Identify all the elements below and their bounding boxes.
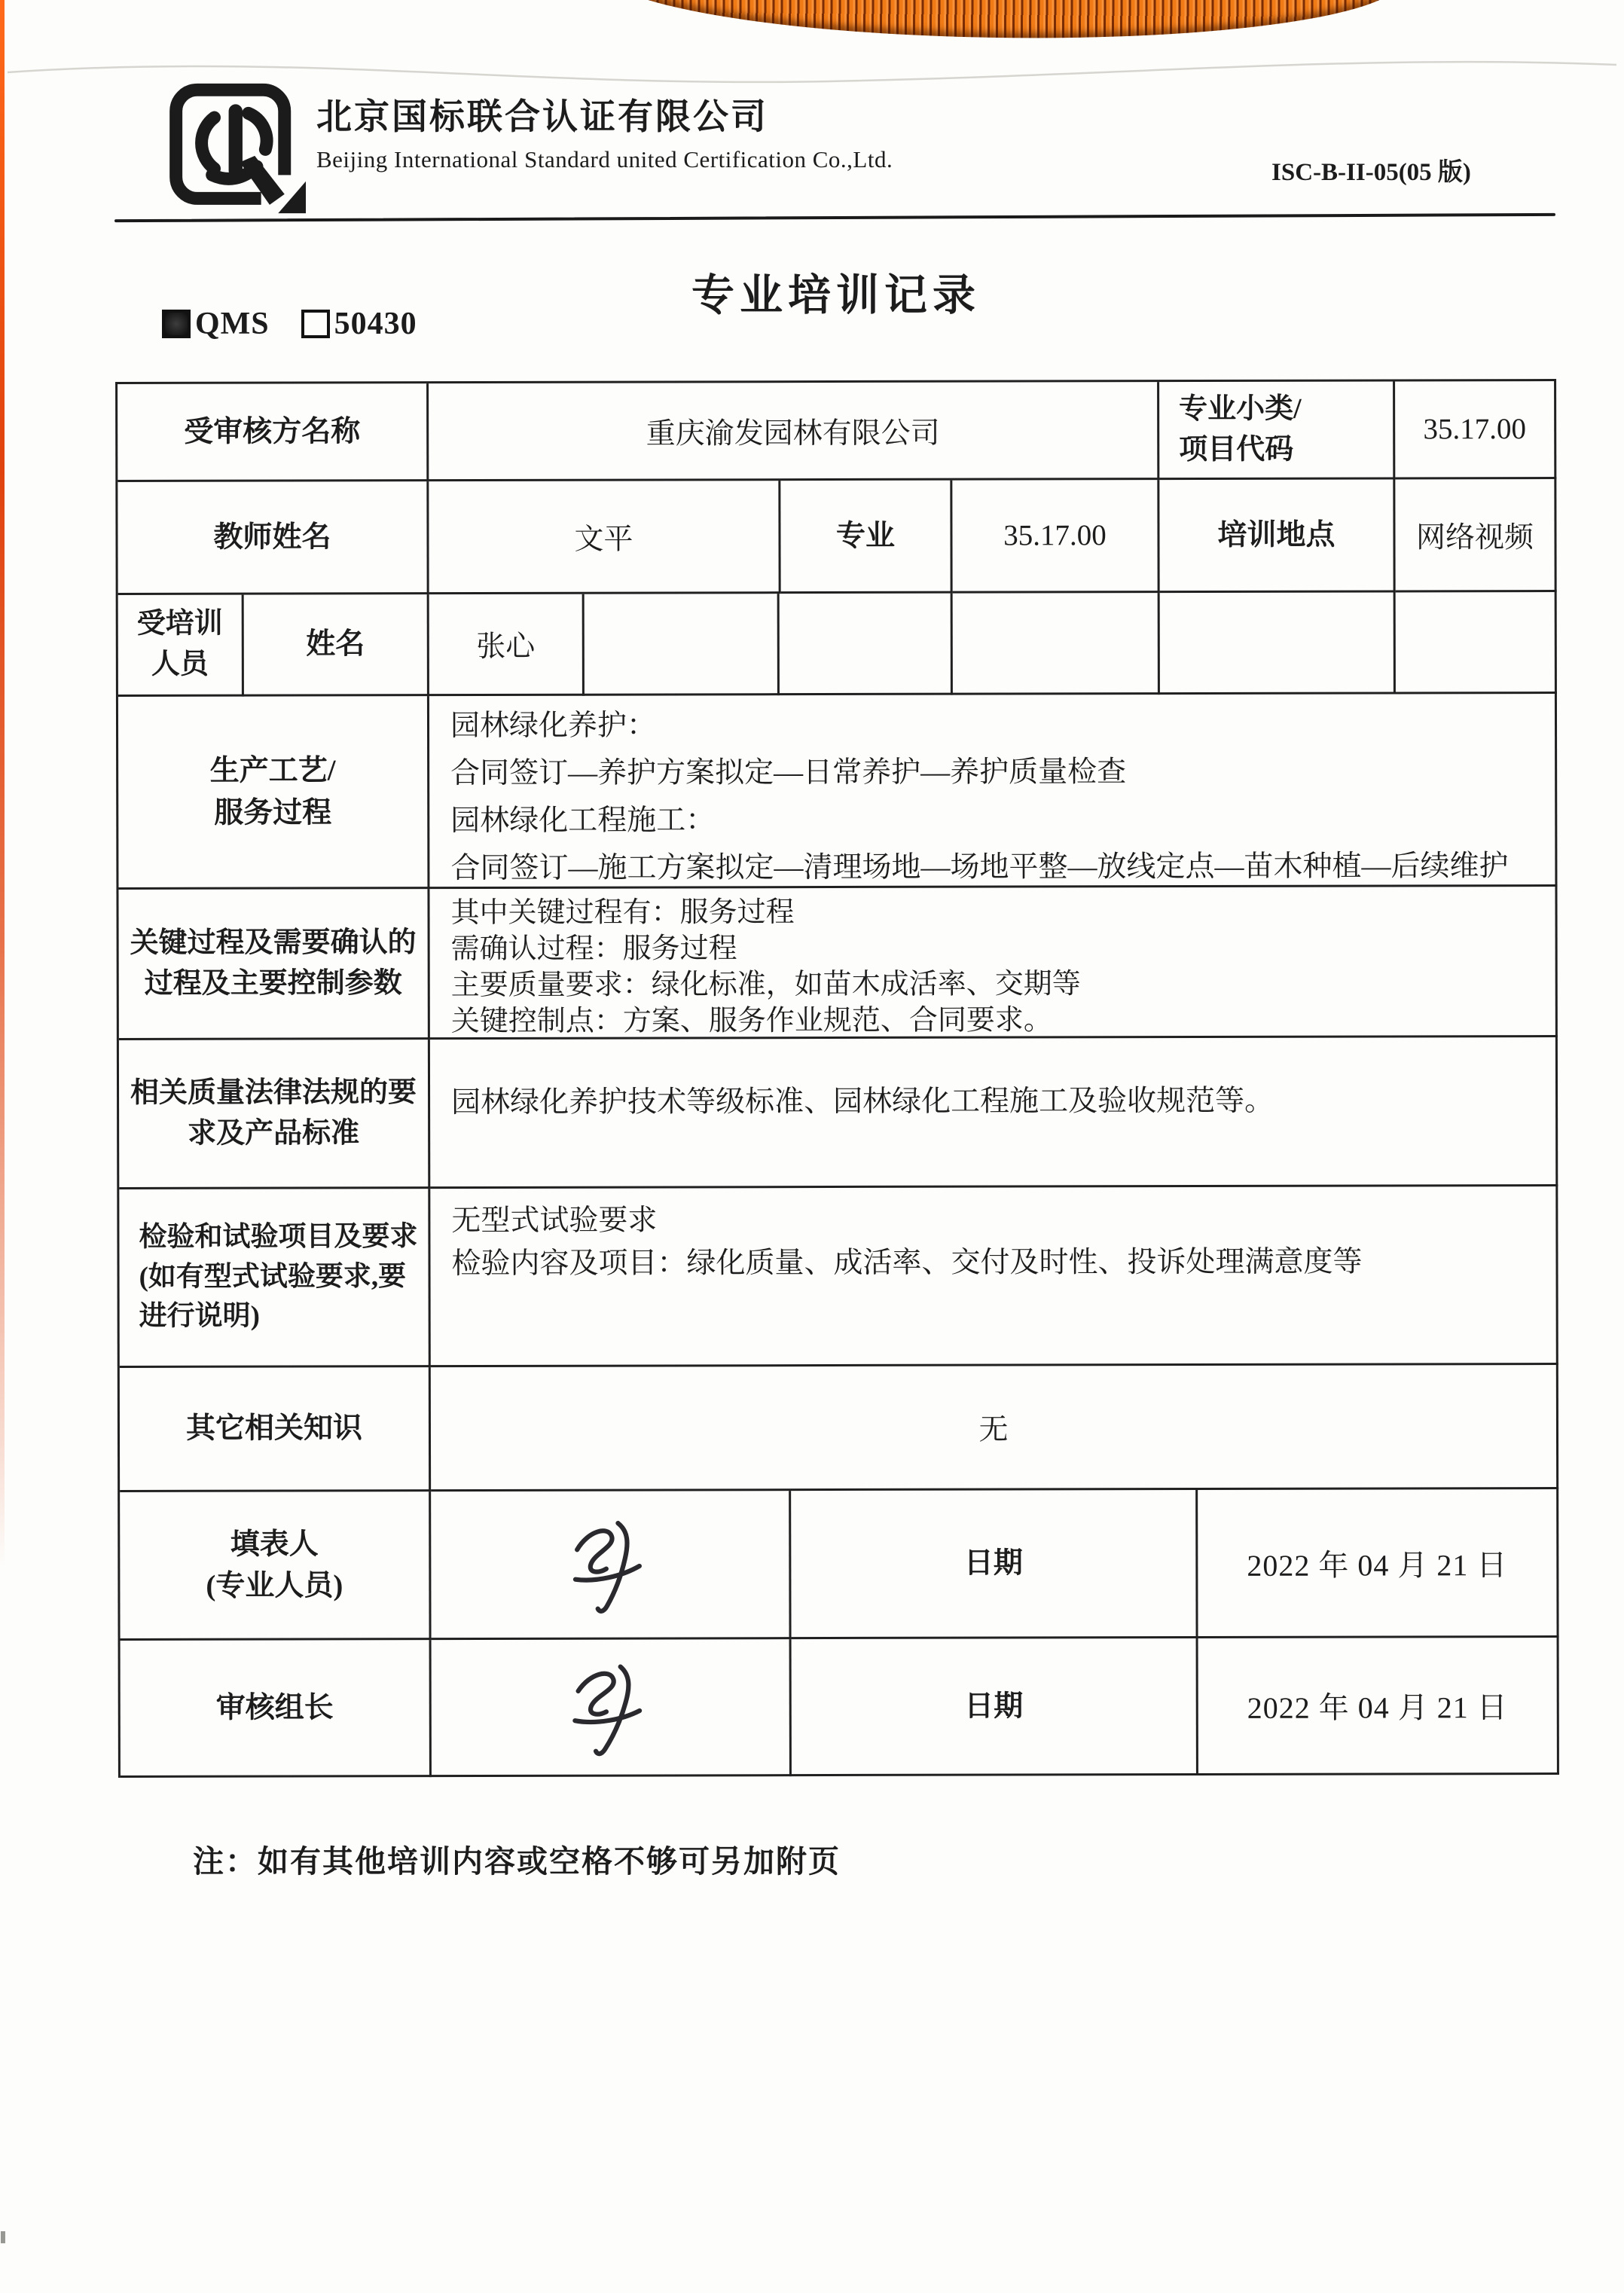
header-divider bbox=[114, 213, 1555, 222]
process-content: 园林绿化养护： 合同签订—养护方案拟定—日常养护—养护质量检查 园林绿化工程施工… bbox=[429, 694, 1558, 889]
table-row-inspection: 检验和试验项目及要求 (如有型式试验要求,要 进行说明) 无型式试验要求 检验内… bbox=[119, 1186, 1558, 1368]
certification-company-logo-icon bbox=[167, 81, 310, 219]
scan-speck bbox=[1, 2231, 5, 2243]
table-row-trainees: 受培训 人员 姓名 张心 bbox=[118, 592, 1557, 697]
regulations-content: 园林绿化养护技术等级标准、园林绿化工程施工及验收规范等。 bbox=[430, 1037, 1558, 1189]
subclass-value: 35.17.00 bbox=[1395, 381, 1556, 479]
filler-date-label: 日期 bbox=[791, 1490, 1198, 1639]
document-code: ISC-B-II-05(05 版) bbox=[1271, 152, 1471, 188]
trainee-empty-cell bbox=[585, 594, 780, 696]
handwritten-signature-icon bbox=[547, 1501, 673, 1627]
filler-signature bbox=[431, 1491, 791, 1640]
company-name-english: Beijing International Standard united Ce… bbox=[316, 146, 893, 173]
trainee-name-value: 张心 bbox=[429, 594, 585, 696]
audit-leader-date-label: 日期 bbox=[792, 1638, 1198, 1776]
auditee-label: 受审核方名称 bbox=[118, 383, 429, 482]
key-process-label: 关键过程及需要确认的 过程及主要控制参数 bbox=[118, 889, 429, 1040]
company-name-chinese: 北京国标联合认证有限公司 bbox=[316, 89, 768, 139]
inspection-label: 检验和试验项目及要求 (如有型式试验要求,要 进行说明) bbox=[119, 1189, 430, 1368]
handwritten-signature-icon bbox=[550, 1647, 670, 1767]
table-row-regulations: 相关质量法律法规的要 求及产品标准 园林绿化养护技术等级标准、园林绿化工程施工及… bbox=[119, 1037, 1558, 1189]
code-label: 50430 bbox=[334, 306, 417, 342]
table-row-other-knowledge: 其它相关知识 无 bbox=[120, 1365, 1558, 1492]
audit-leader-label: 审核组长 bbox=[121, 1640, 432, 1778]
inspection-content: 无型式试验要求 检验内容及项目：绿化质量、成活率、交付及时性、投诉处理满意度等 bbox=[430, 1186, 1558, 1367]
filler-date-value: 2022 年 04 月 21 日 bbox=[1198, 1489, 1558, 1638]
code-checkbox-unchecked-icon bbox=[301, 310, 330, 338]
location-value: 网络视频 bbox=[1395, 479, 1556, 592]
trainee-empty-cell bbox=[1396, 592, 1557, 694]
regulations-label: 相关质量法律法规的要 求及产品标准 bbox=[119, 1040, 430, 1189]
table-row-process: 生产工艺/ 服务过程 园林绿化养护： 合同签订—养护方案拟定—日常养护—养护质量… bbox=[118, 694, 1558, 890]
footer-note: 注：如有其他培训内容或空格不够可另加附页 bbox=[193, 1837, 841, 1881]
key-process-content: 其中关键过程有：服务过程 需确认过程：服务过程 主要质量要求：绿化标准，如苗木成… bbox=[429, 887, 1557, 1040]
qms-label: QMS bbox=[195, 306, 270, 342]
trainee-empty-cell bbox=[780, 594, 953, 695]
other-knowledge-label: 其它相关知识 bbox=[120, 1367, 431, 1492]
subclass-label: 专业小类/ 项目代码 bbox=[1159, 381, 1395, 480]
major-label: 专业 bbox=[780, 481, 952, 594]
table-row-filler: 填表人 (专业人员) 日期 2022 年 04 月 21 日 bbox=[120, 1489, 1558, 1641]
table-row-audit-leader: 审核组长 日期 2022 年 04 月 21 日 bbox=[121, 1638, 1559, 1778]
teacher-value: 文平 bbox=[429, 481, 780, 594]
system-type-checkbox-row: QMS 50430 bbox=[162, 306, 417, 342]
location-label: 培训地点 bbox=[1159, 479, 1395, 593]
trainee-empty-cell bbox=[953, 593, 1160, 695]
trainee-label: 受培训 人员 bbox=[118, 595, 244, 697]
table-row-teacher: 教师姓名 文平 专业 35.17.00 培训地点 网络视频 bbox=[118, 479, 1556, 595]
major-value: 35.17.00 bbox=[952, 480, 1159, 594]
audit-leader-date-value: 2022 年 04 月 21 日 bbox=[1198, 1638, 1559, 1775]
scanned-document-page: 北京国标联合认证有限公司 Beijing International Stand… bbox=[0, 0, 1624, 2293]
filler-label: 填表人 (专业人员) bbox=[120, 1492, 431, 1641]
scan-edge-artifact-left bbox=[0, 0, 5, 1567]
table-row-auditee: 受审核方名称 重庆渝发园林有限公司 专业小类/ 项目代码 35.17.00 bbox=[118, 381, 1556, 482]
training-record-table: 受审核方名称 重庆渝发园林有限公司 专业小类/ 项目代码 35.17.00 教师… bbox=[115, 379, 1559, 1778]
auditee-value: 重庆渝发园林有限公司 bbox=[429, 382, 1159, 481]
audit-leader-signature bbox=[432, 1639, 792, 1777]
trainee-name-label: 姓名 bbox=[244, 594, 429, 697]
process-label: 生产工艺/ 服务过程 bbox=[118, 696, 430, 890]
trainee-empty-cell bbox=[1160, 592, 1396, 695]
table-row-key-process: 关键过程及需要确认的 过程及主要控制参数 其中关键过程有：服务过程 需确认过程：… bbox=[118, 887, 1557, 1040]
teacher-label: 教师姓名 bbox=[118, 481, 429, 595]
qms-checkbox-checked-icon bbox=[162, 310, 191, 338]
other-knowledge-value: 无 bbox=[431, 1365, 1558, 1492]
